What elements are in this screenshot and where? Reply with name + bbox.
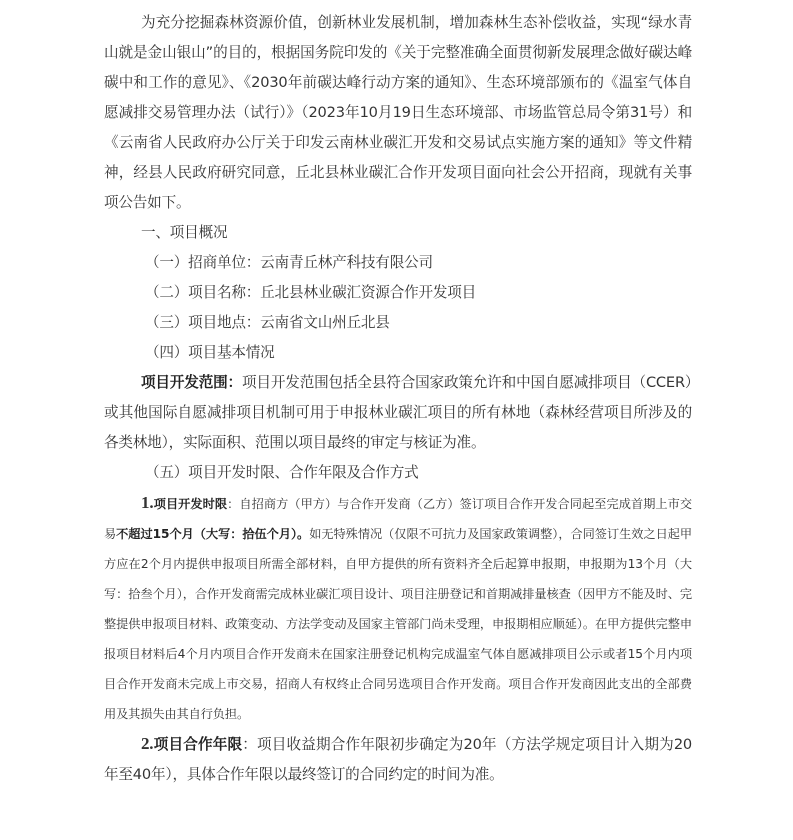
- term1-text-b: 如无特殊情况（仅限不可抗力及国家政策调整），合同签订生效之日起甲方应在2个月内提…: [104, 527, 692, 721]
- term2-paragraph: 2.项目合作年限：项目收益期合作年限初步确定为20年（方法学规定项目计入期为20…: [104, 729, 692, 790]
- item-project-location: （三）项目地点：云南省文山州丘北县: [104, 308, 692, 338]
- term1-number: 1.: [141, 493, 154, 512]
- term1-label: 项目开发时限: [154, 497, 228, 511]
- item-basic-info: （四）项目基本情况: [104, 338, 692, 368]
- item-timeline-heading: （五）项目开发时限、合作年限及合作方式: [104, 458, 692, 488]
- announcement-document: 为充分挖掘森林资源价值，创新林业发展机制，增加森林生态补偿收益，实现“绿水青山就…: [104, 8, 692, 790]
- term1-bold: 不超过15个月（大写：拾伍个月）。: [116, 527, 309, 541]
- scope-label: 项目开发范围：: [141, 374, 242, 391]
- term1-paragraph: 1.项目开发时限：自招商方（甲方）与合作开发商（乙方）签订项目合作开发合同起至完…: [104, 488, 692, 729]
- item-investor: （一）招商单位：云南青丘林产科技有限公司: [104, 248, 692, 278]
- scope-paragraph: 项目开发范围：项目开发范围包括全县符合国家政策允许和中国自愿减排项目（CCER）…: [104, 368, 692, 458]
- term2-colon: ：: [242, 736, 257, 753]
- term2-label: 项目合作年限: [153, 736, 242, 753]
- term2-number: 2.: [141, 734, 153, 753]
- item-project-name: （二）项目名称：丘北县林业碳汇资源合作开发项目: [104, 278, 692, 308]
- intro-paragraph: 为充分挖掘森林资源价值，创新林业发展机制，增加森林生态补偿收益，实现“绿水青山就…: [104, 8, 692, 218]
- section-heading-overview: 一、项目概况: [104, 218, 692, 248]
- term1-colon: ：: [227, 497, 239, 511]
